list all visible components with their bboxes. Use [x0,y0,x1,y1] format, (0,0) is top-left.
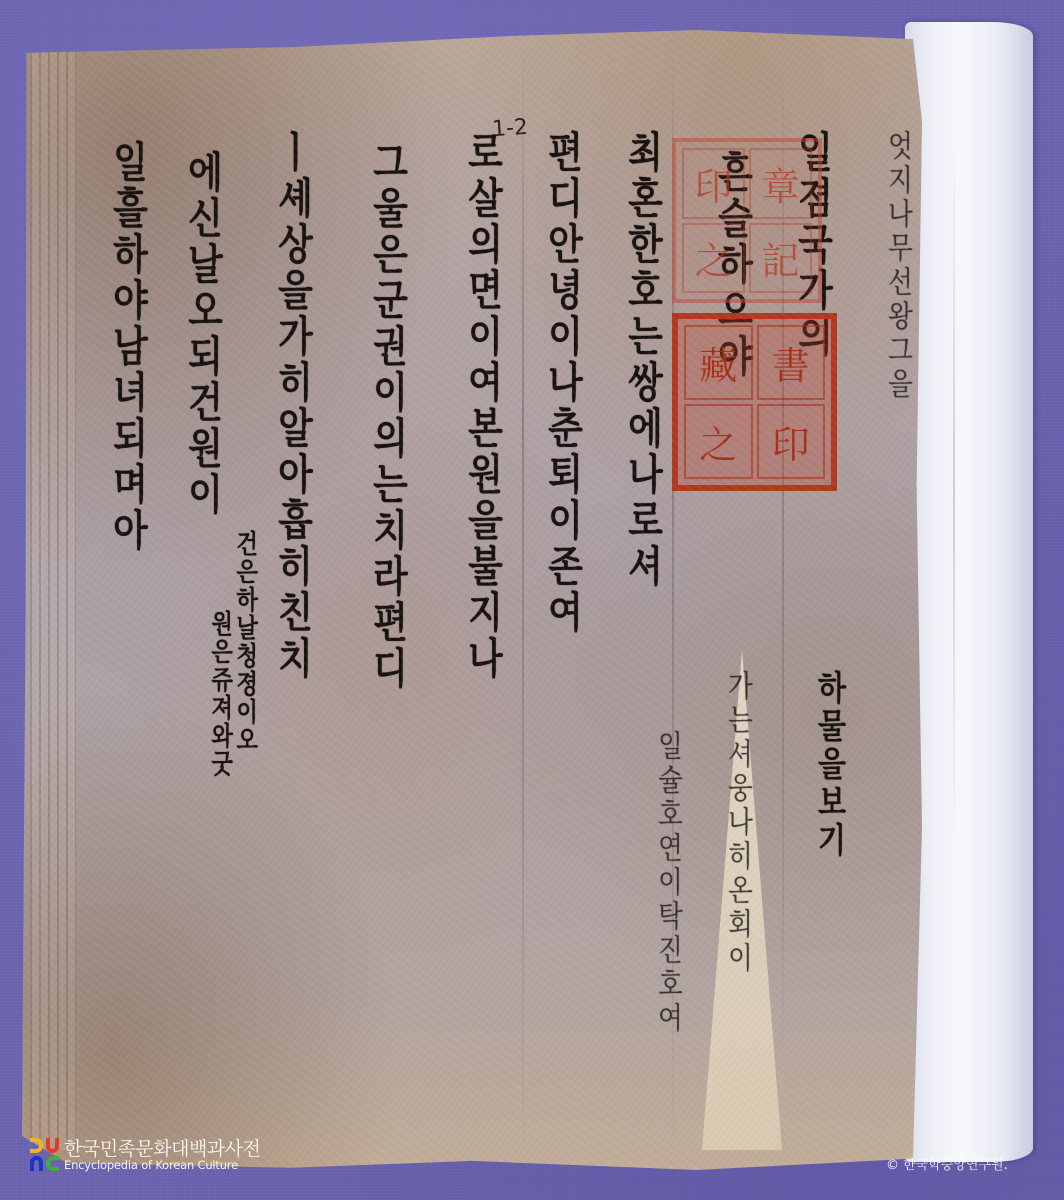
annotation-column: 건은하날청졍이오 [234,530,256,754]
red-seal-stamp: 藏 書 之 印 [672,313,837,491]
seal-glyph: 之 [682,223,745,294]
encyclopedia-watermark: 한국민족문화대백과사전 Encyclopedia of Korean Cultu… [30,1138,260,1172]
manuscript-page: 1-2 일졈국가의 흔슬하으야 최혼한호는쌍에나로셔 편디안녕이나춘퇴이존여 로… [22,30,922,1170]
seal-glyph: 印 [682,148,745,219]
watermark-english-title: Encyclopedia of Korean Culture [64,1159,260,1172]
calligraphy-column: 편디안녕이나춘퇴이존여 [545,130,581,636]
seal-glyph: 章 [749,148,812,219]
calligraphy-column: ㅣ셰상을가히알아흡히친치 [275,130,311,682]
calligraphy-column: 하물을보기 [815,670,844,860]
roll-crease [953,142,955,842]
calligraphy-column: 그울은군권이의는치라편디 [370,140,406,692]
seal-glyph: 書 [757,325,826,400]
encyclopedia-logo-icon [30,1138,60,1172]
calligraphy-column: 최혼한호는쌍에나로셔 [625,130,661,590]
seal-glyph: 印 [757,404,826,479]
seal-glyph: 之 [684,404,753,479]
calligraphy-column: 에신날오되건원이 [185,150,221,518]
calligraphy-column: 일흘하야남녀되며아 [110,140,146,554]
seal-glyph: 藏 [684,325,753,400]
seal-glyph: 記 [749,223,812,294]
annotation-column: 원은쥬져와굿 [209,610,231,778]
faint-column: 엇지나무선왕그을 [884,130,910,402]
page-fold [522,30,524,1170]
watermark-korean-title: 한국민족문화대백과사전 [64,1139,260,1159]
paper-roll [905,22,1033,1162]
binding-edge [30,50,76,1150]
faint-column: 일슐호연이탁진호여 [654,730,680,1036]
faint-column: 가는셔웅나히온회이 [724,670,750,976]
calligraphy-column: 로살의면이여본원을불지나 [465,130,501,682]
red-seal-stamp: 印 章 之 記 [672,138,822,303]
copyright-watermark: © 한국학중앙연구원. [886,1154,1008,1173]
